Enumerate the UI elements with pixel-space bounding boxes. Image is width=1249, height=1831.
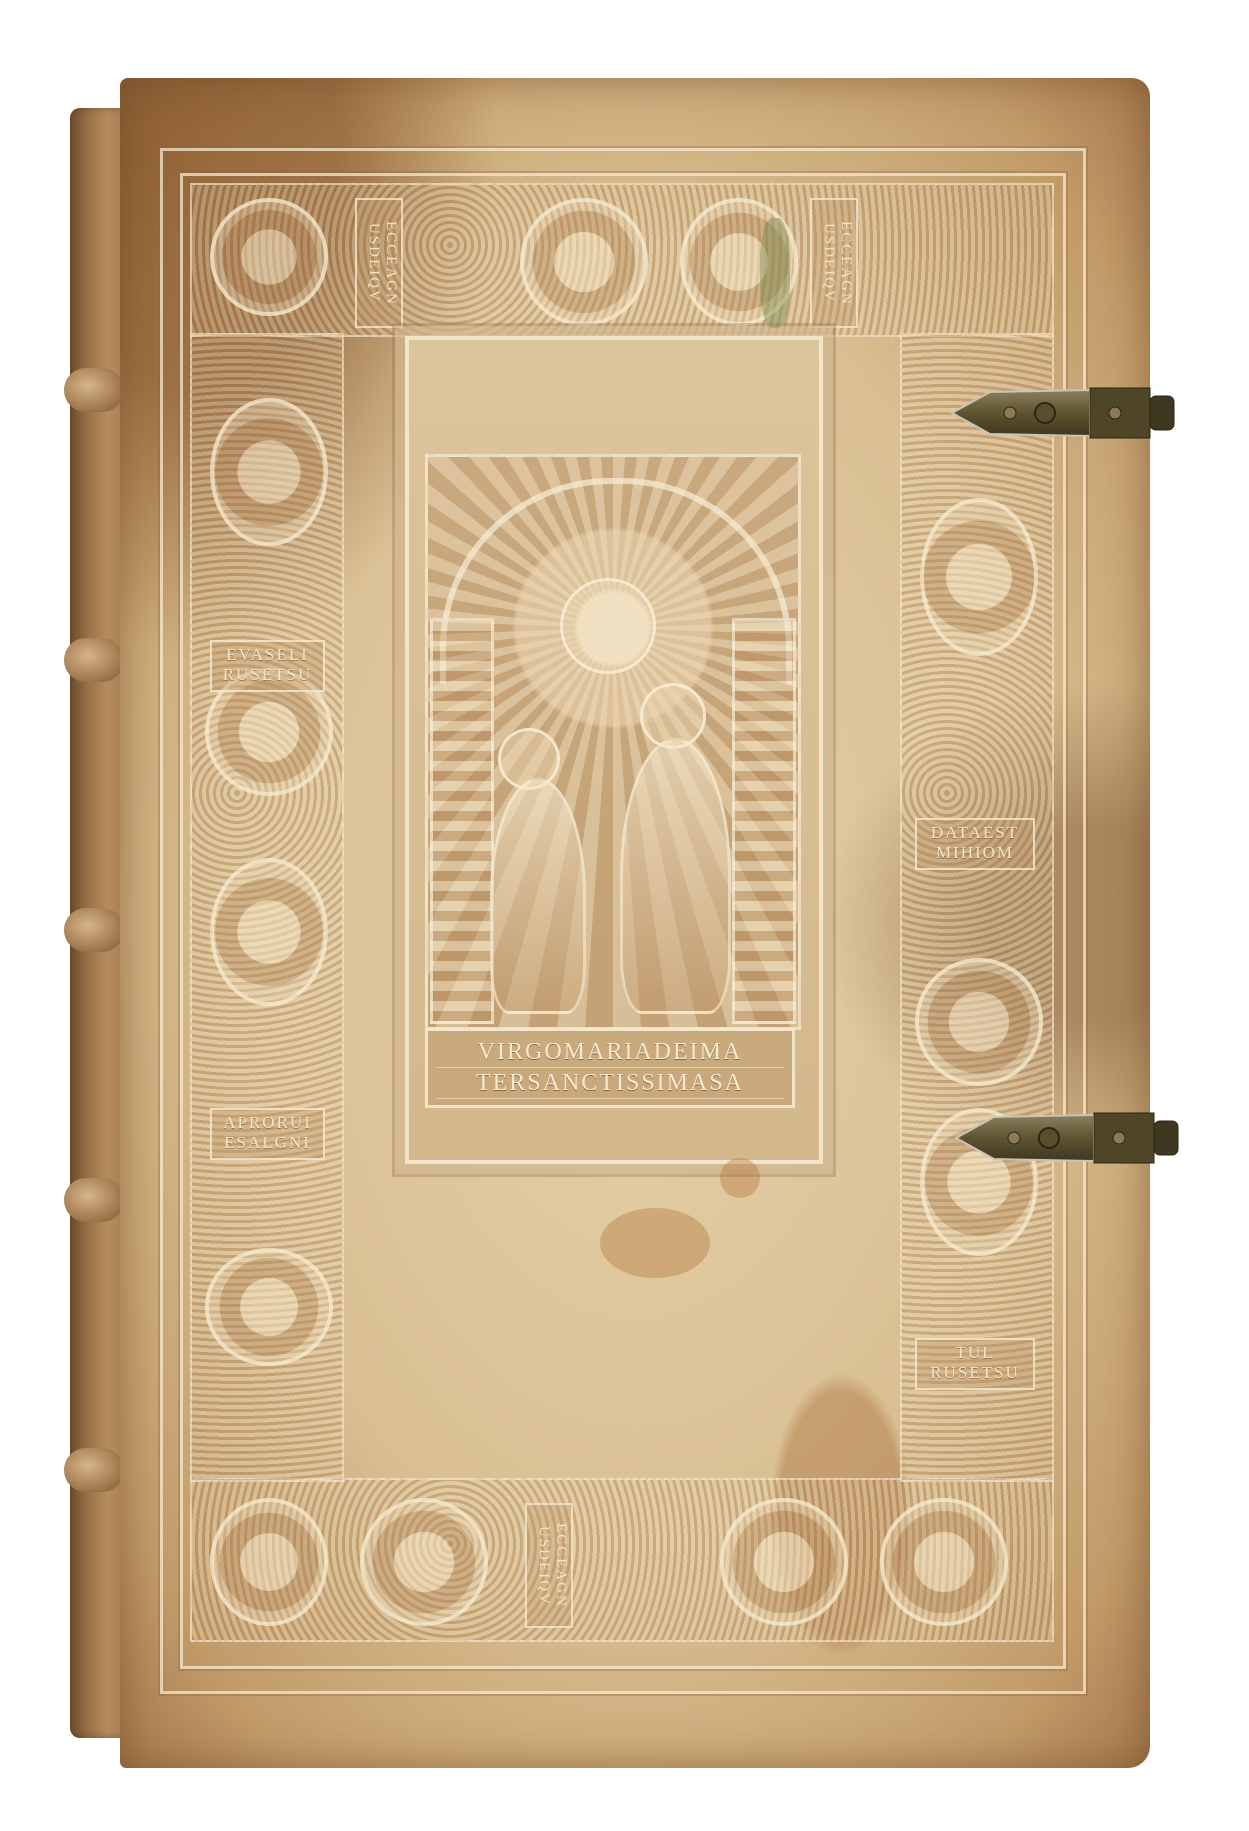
label-line: USDEIQV [366, 223, 382, 303]
evangelist-figure [210, 398, 328, 546]
water-stain [720, 1158, 760, 1198]
label-line: ECCEAGN [383, 221, 399, 306]
medallion [880, 1498, 1008, 1626]
glory-medallion [720, 1498, 848, 1626]
border-label-bottom-vertical: ECCEAGN USDEIQV [525, 1503, 573, 1628]
upper-clasp-icon[interactable] [950, 380, 1180, 446]
label-line: ECCEAGN [553, 1523, 569, 1608]
center-inscription: VIRGOMARIADEIMA TERSANCTISSIMASA [425, 1028, 795, 1108]
raised-band [64, 1448, 124, 1492]
label-line: DATAEST [919, 823, 1031, 843]
label-line: USDEIQV [536, 1526, 552, 1606]
water-stain [600, 1208, 710, 1278]
evangelist-figure [210, 858, 328, 1006]
glory-medallion [520, 198, 648, 326]
raised-band [64, 1178, 124, 1222]
border-label-left-upper: EVASELI RUSETSU [210, 640, 325, 692]
border-label-right-lower: TUL RUSETSU [915, 1338, 1035, 1390]
border-label-left-lower: APRORUI ESALGNI [210, 1108, 325, 1160]
label-line: RUSETSU [214, 665, 321, 685]
label-line: EVASELI [214, 645, 321, 665]
border-label-right-upper: DATAEST MIHIOM [915, 818, 1035, 870]
medallion [205, 1248, 333, 1366]
right-column [732, 618, 796, 1024]
front-board: EVASELI RUSETSU APRORUI ESALGNI DATAEST … [120, 78, 1150, 1768]
raised-band [64, 908, 124, 952]
label-line: RUSETSU [919, 1363, 1031, 1383]
label-line: ECCEAGN [838, 221, 854, 306]
dove-glory [560, 578, 656, 674]
raised-band [64, 368, 124, 412]
label-line: MIHIOM [919, 843, 1031, 863]
label-line: TUL [919, 1343, 1031, 1363]
medallion [360, 1498, 488, 1626]
raised-band [64, 638, 124, 682]
evangelist-figure [920, 498, 1038, 656]
label-line: APRORUI [214, 1113, 321, 1133]
virgin-figure [490, 778, 586, 1014]
angel-gabriel-figure [620, 738, 731, 1014]
apostle-medallion [210, 198, 328, 316]
label-line: USDEIQV [821, 223, 837, 303]
inscription-line-1: VIRGOMARIADEIMA [436, 1037, 784, 1068]
eagle-medallion [915, 958, 1043, 1086]
left-column [430, 618, 494, 1024]
label-line: ESALGNI [214, 1133, 321, 1153]
saint-medallion [210, 1498, 328, 1626]
lower-clasp-icon[interactable] [954, 1105, 1184, 1171]
book: EVASELI RUSETSU APRORUI ESALGNI DATAEST … [70, 78, 1150, 1768]
border-label-top-vertical: ECCEAGN USDEIQV [355, 198, 403, 328]
border-label-top-right-vertical: ECCEAGN USDEIQV [810, 198, 858, 328]
inscription-line-2: TERSANCTISSIMASA [436, 1068, 784, 1099]
verdigris-stain [760, 218, 790, 328]
